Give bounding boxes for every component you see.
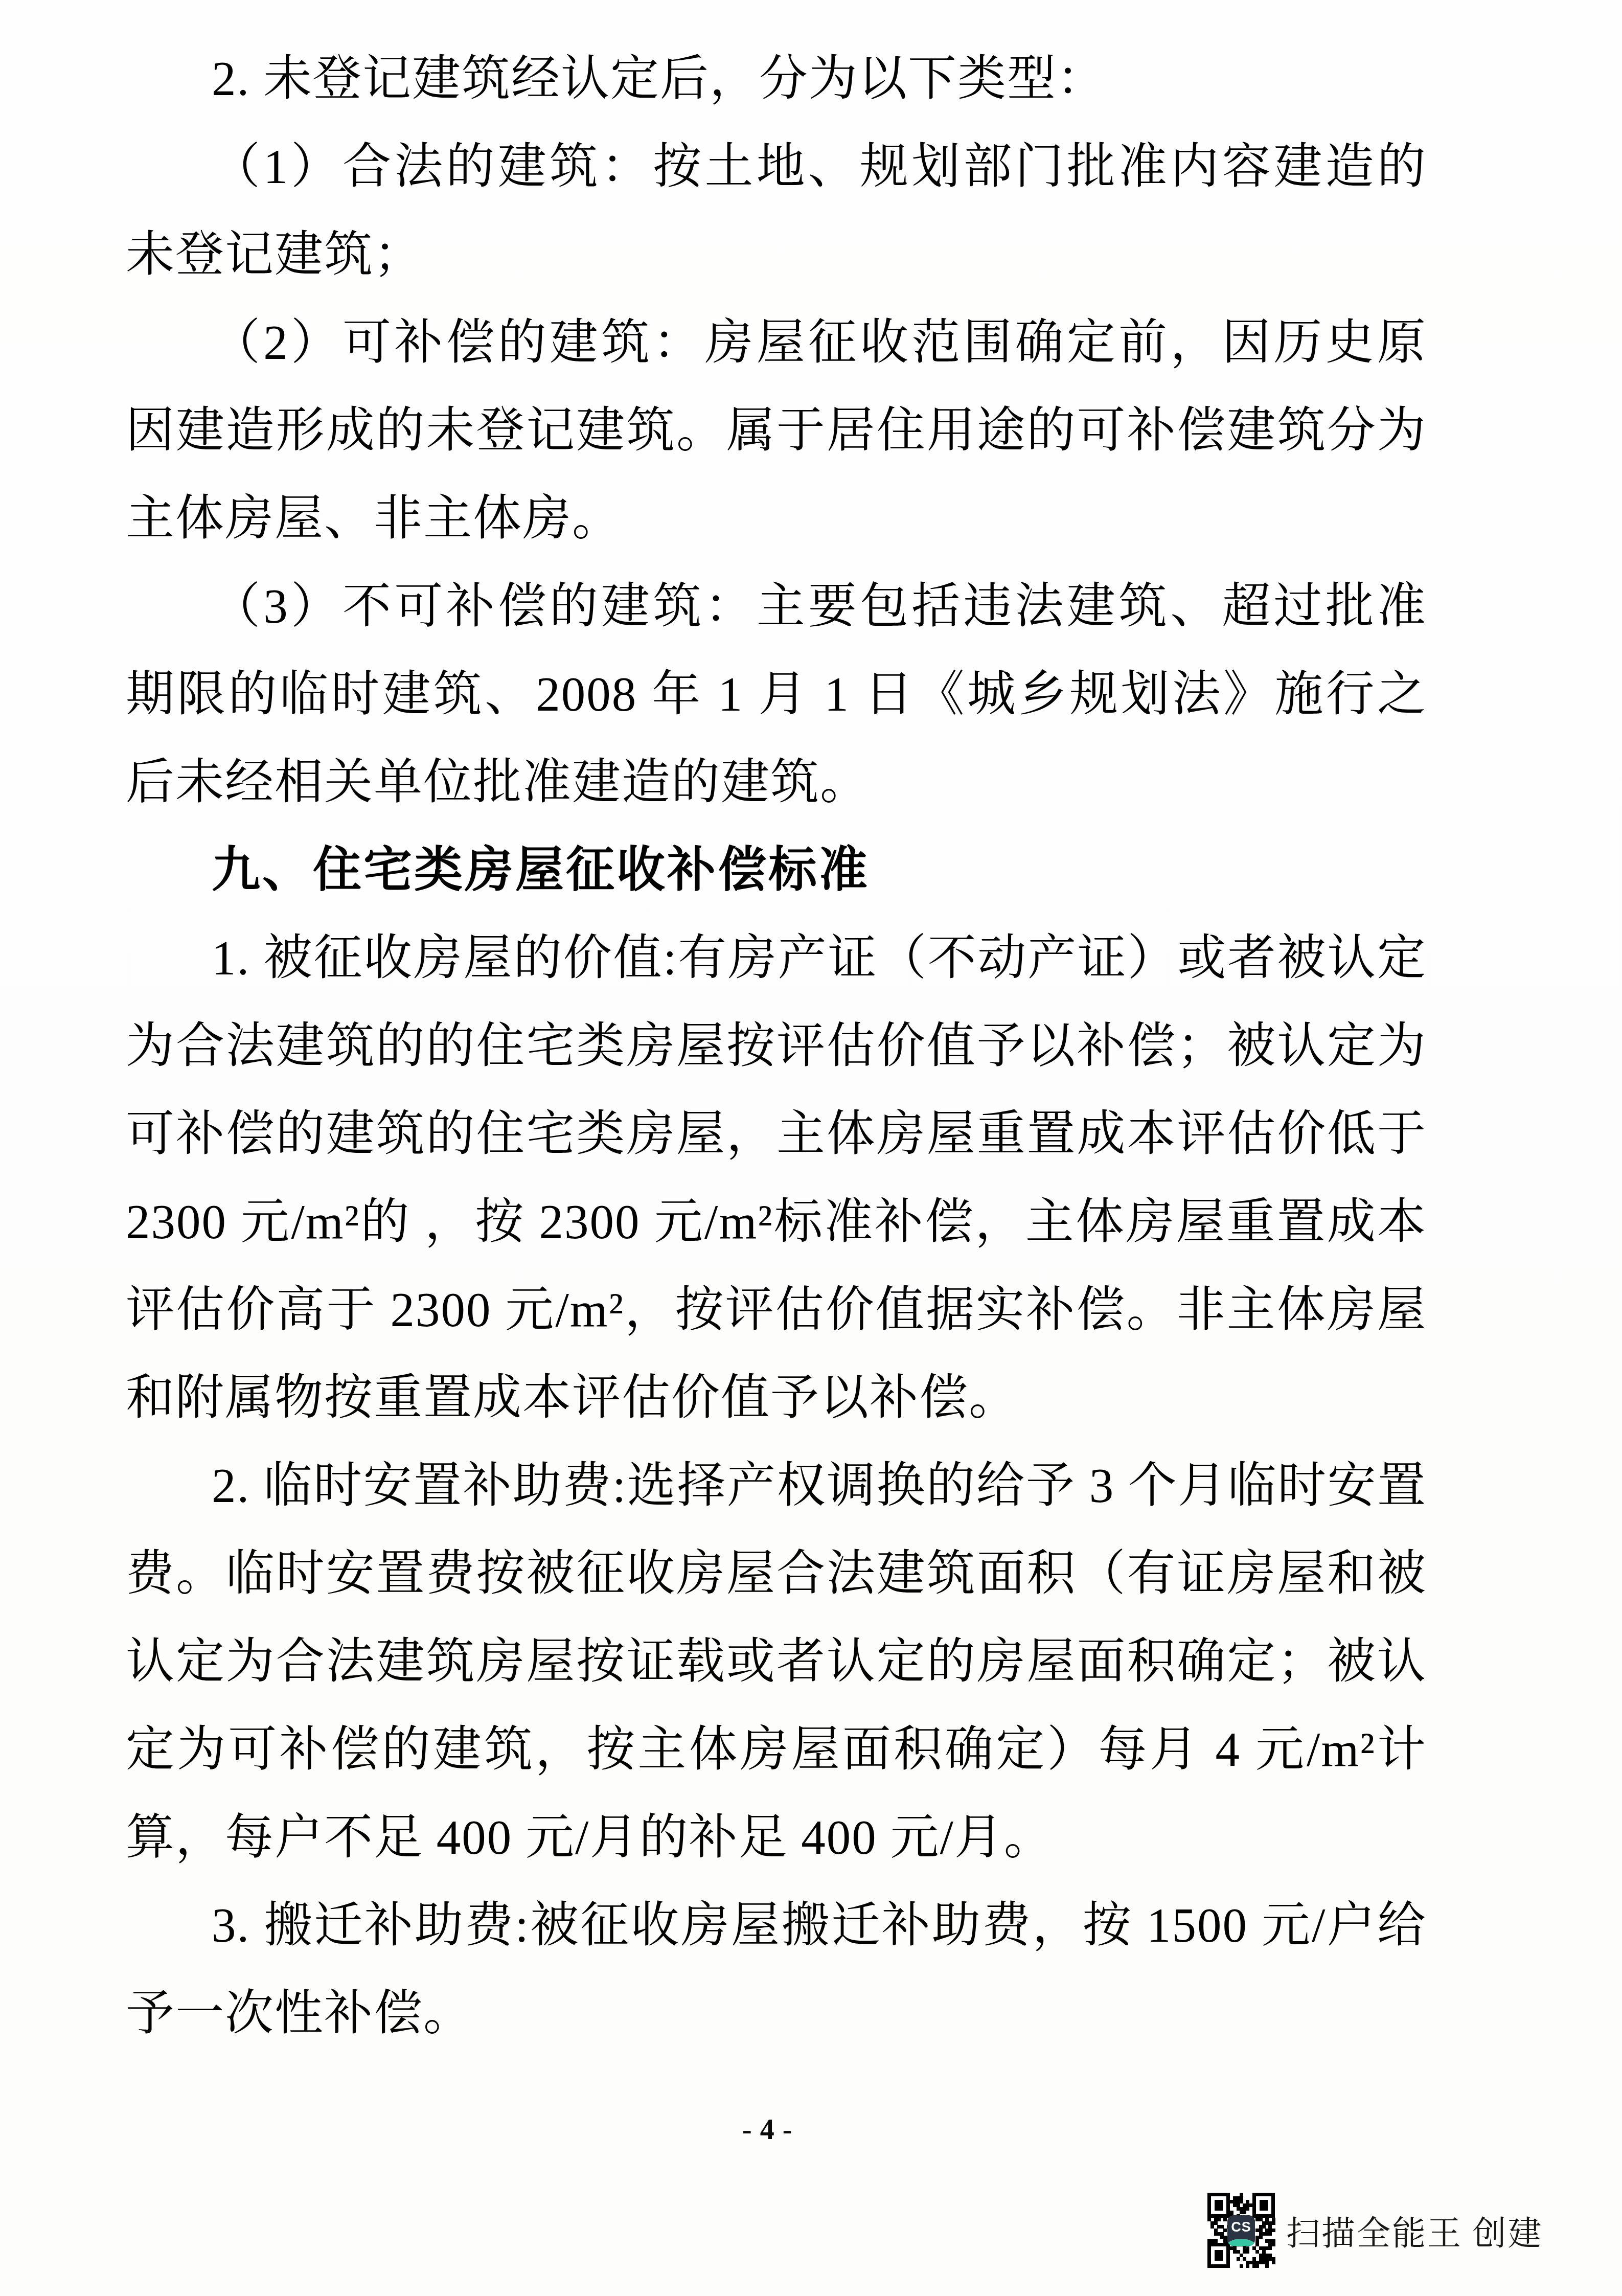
section-heading-residential-compensation-standard: 九、住宅类房屋征收补偿标准 (126, 826, 1427, 914)
qr-finder-top-left (1207, 2193, 1230, 2218)
qr-module (1272, 2257, 1275, 2261)
qr-module (1255, 2239, 1259, 2243)
qr-module (1255, 2264, 1259, 2268)
qr-module (1207, 2218, 1211, 2221)
qr-module (1246, 2207, 1249, 2211)
qr-module (1272, 2261, 1275, 2264)
qr-module (1243, 2211, 1246, 2214)
qr-module (1240, 2254, 1243, 2257)
qr-module (1214, 2239, 1218, 2243)
qr-module (1246, 2250, 1249, 2254)
qr-module (1240, 2193, 1243, 2196)
qr-module (1265, 2218, 1269, 2221)
qr-module (1246, 2264, 1249, 2268)
qr-module (1272, 2229, 1275, 2232)
qr-module (1220, 2232, 1224, 2236)
qr-module (1268, 2254, 1272, 2257)
camscanner-logo-label: CS (1231, 2219, 1251, 2235)
camscanner-logo-accent (1227, 2239, 1255, 2246)
qr-module (1255, 2243, 1259, 2246)
qr-module (1223, 2229, 1227, 2232)
qr-module (1265, 2261, 1269, 2264)
qr-module (1217, 2218, 1221, 2221)
qr-code-icon: CS (1207, 2193, 1275, 2268)
paragraph-legal-buildings: （1）合法的建筑：按土地、规划部门批准内容建造的未登记建筑； (126, 123, 1427, 299)
qr-module (1237, 2257, 1240, 2261)
watermark-text: 扫描全能王 创建 (1286, 2206, 1543, 2255)
paragraph-temporary-resettlement-subsidy: 2. 临时安置补助费:选择产权调换的给予 3 个月临时安置费。临时安置费按被征收… (126, 1442, 1427, 1881)
qr-module (1255, 2250, 1259, 2254)
qr-module (1272, 2243, 1275, 2246)
qr-module (1272, 2221, 1275, 2225)
qr-module (1268, 2225, 1272, 2229)
qr-module (1249, 2203, 1253, 2207)
camscanner-watermark: CS 扫描全能王 创建 (1207, 2193, 1543, 2268)
qr-module (1233, 2246, 1237, 2250)
qr-module (1214, 2221, 1218, 2225)
qr-module (1237, 2203, 1240, 2207)
paragraph-house-value: 1. 被征收房屋的价值:有房产证（不动产证）或者被认定为合法建筑的的住宅类房屋按… (126, 914, 1427, 1442)
qr-module (1230, 2211, 1233, 2214)
qr-module (1237, 2250, 1240, 2254)
qr-module (1259, 2236, 1263, 2239)
qr-module (1223, 2218, 1227, 2221)
qr-module (1268, 2246, 1272, 2250)
paragraph-compensable-buildings: （2）可补偿的建筑：房屋征收范围确定前，因历史原因建造形成的未登记建筑。属于居住… (126, 299, 1427, 562)
qr-module (1243, 2257, 1246, 2261)
paragraph-unregistered-buildings-intro: 2. 未登记建筑经认定后，分为以下类型： (126, 35, 1427, 123)
paragraph-relocation-subsidy: 3. 搬迁补助费:被征收房屋搬迁补助费，按 1500 元/户给予一次性补偿。 (126, 1881, 1427, 2057)
qr-module (1265, 2264, 1269, 2268)
scanned-document-page: 2. 未登记建筑经认定后，分为以下类型： （1）合法的建筑：按土地、规划部门批准… (0, 0, 1622, 2296)
qr-module (1240, 2196, 1243, 2200)
page-number: -4- (742, 2113, 800, 2146)
qr-module (1210, 2225, 1214, 2229)
qr-module (1262, 2225, 1266, 2229)
qr-module (1259, 2229, 1263, 2232)
camscanner-logo-icon: CS (1227, 2215, 1255, 2246)
qr-module (1259, 2218, 1263, 2221)
document-body: 2. 未登记建筑经认定后，分为以下类型： （1）合法的建筑：按土地、规划部门批准… (126, 35, 1427, 2057)
qr-module (1220, 2225, 1224, 2229)
qr-module (1214, 2229, 1218, 2232)
paragraph-non-compensable-buildings: （3）不可补偿的建筑：主要包括违法建筑、超过批准期限的临时建筑、2008 年 1… (126, 562, 1427, 826)
qr-module (1246, 2200, 1249, 2203)
qr-module (1262, 2250, 1266, 2254)
qr-finder-bottom-left (1207, 2243, 1230, 2268)
qr-module (1240, 2200, 1243, 2203)
qr-finder-top-right (1252, 2193, 1275, 2218)
qr-module (1240, 2264, 1243, 2268)
qr-module (1252, 2246, 1256, 2250)
qr-module (1268, 2232, 1272, 2236)
qr-module (1252, 2257, 1256, 2261)
qr-module (1246, 2246, 1249, 2250)
qr-module (1272, 2218, 1275, 2221)
qr-module (1272, 2239, 1275, 2243)
